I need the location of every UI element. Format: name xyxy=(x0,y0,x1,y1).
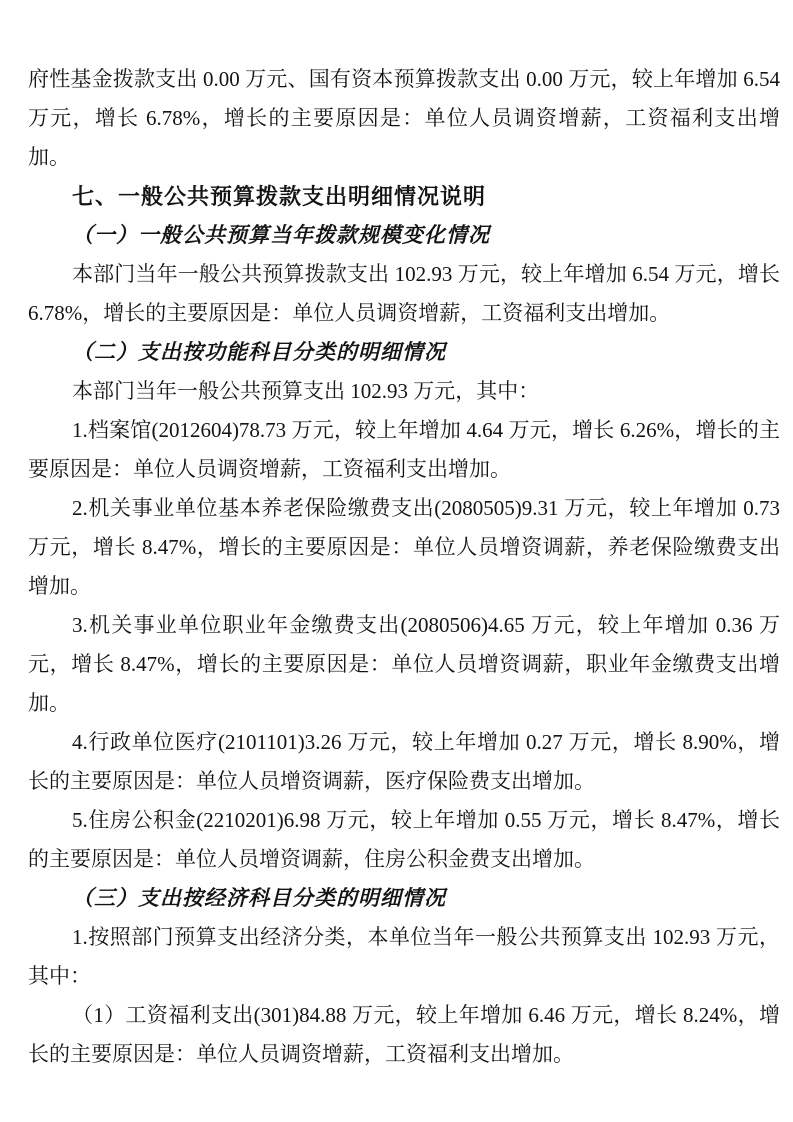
body-paragraph: 1.档案馆(2012604)78.73 万元，较上年增加 4.64 万元，增长 … xyxy=(28,411,780,489)
subsection-heading: （二）支出按功能科目分类的明细情况 xyxy=(28,333,780,372)
body-paragraph: 4.行政单位医疗(2101101)3.26 万元，较上年增加 0.27 万元，增… xyxy=(28,723,780,801)
document-body: 府性基金拨款支出 0.00 万元、国有资本预算拨款支出 0.00 万元，较上年增… xyxy=(28,60,780,1074)
body-paragraph: 2.机关事业单位基本养老保险缴费支出(2080505)9.31 万元，较上年增加… xyxy=(28,489,780,606)
body-paragraph: 5.住房公积金(2210201)6.98 万元，较上年增加 0.55 万元，增长… xyxy=(28,801,780,879)
body-paragraph: （1）工资福利支出(301)84.88 万元，较上年增加 6.46 万元，增长 … xyxy=(28,996,780,1074)
body-paragraph: 3.机关事业单位职业年金缴费支出(2080506)4.65 万元，较上年增加 0… xyxy=(28,606,780,723)
subsection-heading: （三）支出按经济科目分类的明细情况 xyxy=(28,879,780,918)
body-paragraph: 本部门当年一般公共预算拨款支出 102.93 万元，较上年增加 6.54 万元，… xyxy=(28,255,780,333)
subsection-heading: （一）一般公共预算当年拨款规模变化情况 xyxy=(28,216,780,255)
body-paragraph-continuation: 府性基金拨款支出 0.00 万元、国有资本预算拨款支出 0.00 万元，较上年增… xyxy=(28,60,780,177)
body-paragraph: 本部门当年一般公共预算支出 102.93 万元，其中： xyxy=(28,372,780,411)
body-paragraph: 1.按照部门预算支出经济分类，本单位当年一般公共预算支出 102.93 万元，其… xyxy=(28,918,780,996)
section-heading: 七、一般公共预算拨款支出明细情况说明 xyxy=(28,177,780,216)
document-page: 府性基金拨款支出 0.00 万元、国有资本预算拨款支出 0.00 万元，较上年增… xyxy=(0,0,793,1122)
